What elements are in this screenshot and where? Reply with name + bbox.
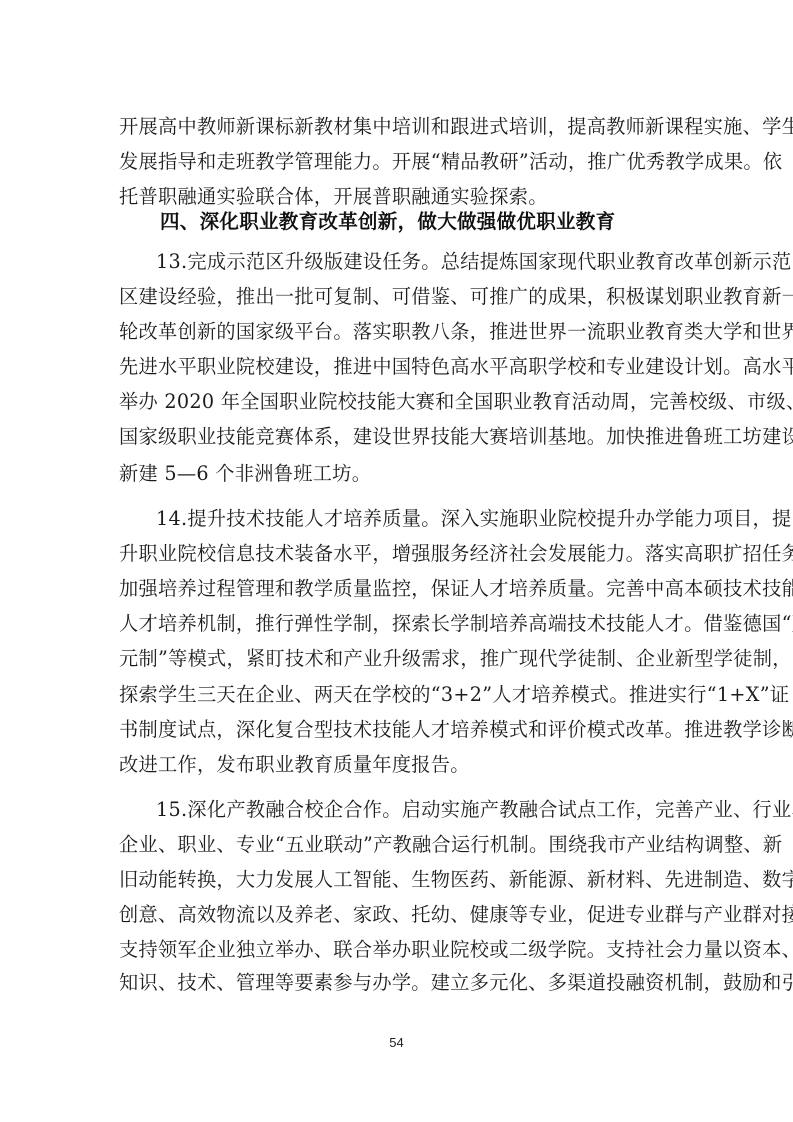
paragraph-line: 升职业院校信息技术装备水平，增强服务经济社会发展能力。落实高职扩招任务， (119, 542, 679, 566)
paragraph-line: 支持领军企业独立举办、联合举办职业院校或二级学院。支持社会力量以资本、 (119, 938, 679, 962)
paragraph-line: 国家级职业技能竞赛体系，建设世界技能大赛培训基地。加快推进鲁班工坊建设， (119, 425, 679, 449)
paragraph-line: 加强培养过程管理和教学质量监控，保证人才培养质量。完善中高本硕技术技能 (119, 577, 679, 601)
paragraph-line: 人才培养机制，推行弹性学制，探索长学制培养高端技术技能人才。借鉴德国“双 (119, 612, 679, 636)
paragraph-line: 开展高中教师新课标新教材集中培训和跟进式培训，提高教师新课程实施、学生 (119, 115, 679, 139)
page-number: 54 (0, 1035, 793, 1050)
paragraph-line: 14.提升技术技能人才培养质量。深入实施职业院校提升办学能力项目，提 (156, 507, 716, 531)
paragraph-line: 书制度试点，深化复合型技术技能人才培养模式和评价模式改革。推进教学诊断 (119, 718, 679, 742)
document-page: 开展高中教师新课标新教材集中培训和跟进式培训，提高教师新课程实施、学生 发展指导… (0, 0, 793, 1122)
paragraph-line: 托普职融通实验联合体，开展普职融通实验探索。 (119, 185, 679, 209)
section-heading: 四、深化职业教育改革创新，做大做强做优职业教育 (160, 209, 640, 235)
paragraph-line: 区建设经验，推出一批可复制、可借鉴、可推广的成果，积极谋划职业教育新一 (119, 285, 679, 309)
paragraph-line: 轮改革创新的国家级平台。落实职教八条，推进世界一流职业教育类大学和世界 (119, 320, 679, 344)
paragraph-line: 探索学生三天在企业、两天在学校的“3+2”人才培养模式。推进实行“1+X”证 (119, 683, 679, 707)
paragraph-line: 企业、职业、专业“五业联动”产教融合运行机制。围绕我市产业结构调整、新 (119, 833, 679, 857)
paragraph-line: 改进工作，发布职业教育质量年度报告。 (119, 753, 679, 777)
paragraph-line: 知识、技术、管理等要素参与办学。建立多元化、多渠道投融资机制，鼓励和引 (119, 971, 679, 995)
paragraph-line: 元制”等模式，紧盯技术和产业升级需求，推广现代学徒制、企业新型学徒制， (119, 647, 679, 671)
paragraph-line: 先进水平职业院校建设，推进中国特色高水平高职学校和专业建设计划。高水平 (119, 355, 679, 379)
paragraph-line: 旧动能转换，大力发展人工智能、生物医药、新能源、新材料、先进制造、数字 (119, 868, 679, 892)
paragraph-line: 13.完成示范区升级版建设任务。总结提炼国家现代职业教育改革创新示范 (156, 250, 716, 274)
paragraph-line: 创意、高效物流以及养老、家政、托幼、健康等专业，促进专业群与产业群对接。 (119, 903, 679, 927)
paragraph-line: 新建 5—6 个非洲鲁班工坊。 (119, 462, 679, 486)
paragraph-line: 15.深化产教融合校企合作。启动实施产教融合试点工作，完善产业、行业、 (156, 798, 716, 822)
paragraph-line: 举办 2020 年全国职业院校技能大赛和全国职业教育活动周，完善校级、市级、 (119, 390, 679, 414)
paragraph-line: 发展指导和走班教学管理能力。开展“精品教研”活动，推广优秀教学成果。依 (119, 150, 679, 174)
